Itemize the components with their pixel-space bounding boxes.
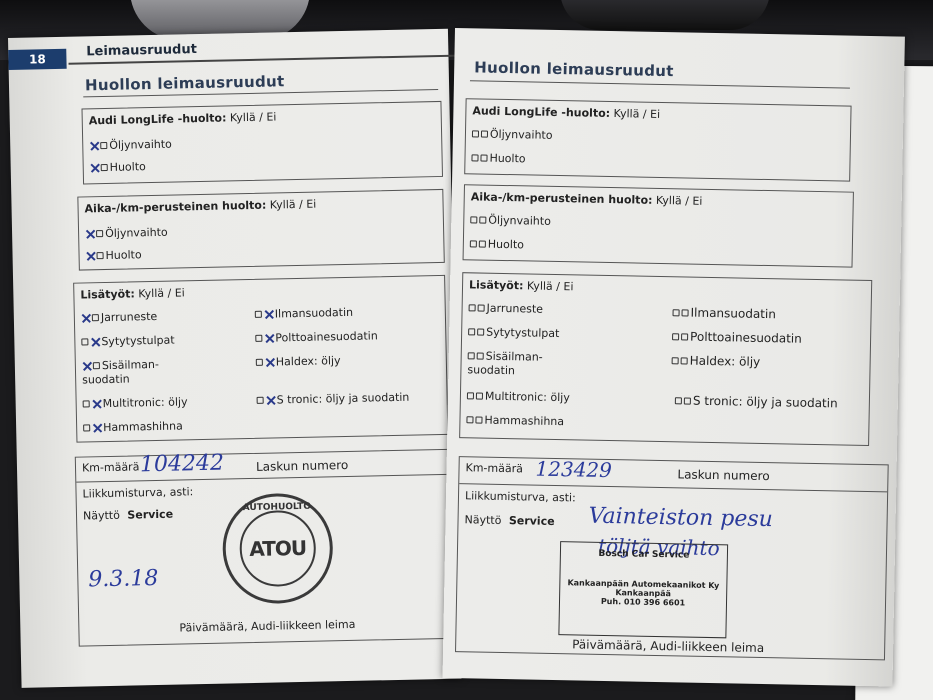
checkbox-no[interactable] xyxy=(100,142,107,149)
checkbox-yes[interactable] xyxy=(466,416,473,423)
extra-s-tronic[interactable]: S tronic: öljy ja suodatin xyxy=(675,393,838,410)
checkbox-no[interactable] xyxy=(93,362,100,369)
check-mark-icon xyxy=(81,313,90,322)
check-mark-icon xyxy=(92,423,101,432)
km-value: 104242 xyxy=(140,451,224,478)
extra-brake-fluid[interactable]: Jarruneste xyxy=(469,301,544,315)
invoice-label: Laskun numero xyxy=(256,458,348,474)
checkbox-yes[interactable] xyxy=(255,311,262,318)
checkbox-no[interactable] xyxy=(477,328,484,335)
checkbox-no[interactable] xyxy=(480,155,487,162)
extra-multitronic-oil[interactable]: Multitronic: öljy xyxy=(467,389,570,404)
checkbox-yes[interactable] xyxy=(672,357,679,364)
checkbox-no[interactable] xyxy=(477,352,484,359)
longlife-box: Audi LongLife -huolto: Kyllä / Ei Öljynv… xyxy=(81,101,443,185)
checkbox-no[interactable] xyxy=(476,392,483,399)
longlife-service[interactable]: Huolto xyxy=(90,160,146,174)
extra-work-box: Lisätyöt: Kyllä / Ei Jarruneste Ilmansuo… xyxy=(73,275,448,443)
check-mark-icon xyxy=(92,399,101,408)
display-service-label: Näyttö Service xyxy=(464,513,554,528)
checkbox-yes[interactable] xyxy=(675,397,682,404)
service-record-box: Km-määrä 104242 Laskun numero Liikkumist… xyxy=(75,449,453,647)
extra-fuel-filter[interactable]: Polttoainesuodatin xyxy=(255,329,378,345)
checkbox-no[interactable] xyxy=(479,217,486,224)
checkbox-yes[interactable] xyxy=(471,154,478,161)
extra-haldex-oil[interactable]: Haldex: öljy xyxy=(256,354,341,369)
autohuolto-stamp: AUTOHUOLTO ATOU xyxy=(222,492,334,604)
extra-multitronic-oil[interactable]: Multitronic: öljy xyxy=(83,395,188,410)
checkbox-no[interactable] xyxy=(101,164,108,171)
extra-cabin-filter[interactable]: Sisäilman- xyxy=(82,358,159,373)
time-km-service[interactable]: Huolto xyxy=(85,248,141,262)
left-page: 18 Leimausruudut Huollon leimausruudut A… xyxy=(8,29,462,688)
page-title: Huollon leimausruudut xyxy=(85,72,285,94)
page-number: 18 xyxy=(8,49,66,70)
check-mark-icon xyxy=(85,229,94,238)
time-km-label: Aika-/km-perusteinen huolto: Kyllä / Ei xyxy=(84,198,316,216)
car-dashboard-shape xyxy=(560,0,770,30)
service-record-box: Km-määrä 123429 Laskun numero Liikkumist… xyxy=(455,456,889,660)
check-mark-icon xyxy=(82,361,91,370)
check-mark-icon xyxy=(85,251,94,260)
bosch-stamp: Bosch Car Service Kankaanpään Automekaan… xyxy=(558,541,728,638)
checkbox-yes[interactable] xyxy=(470,240,477,247)
checkbox-yes[interactable] xyxy=(257,397,264,404)
invoice-label: Laskun numero xyxy=(677,467,769,483)
extra-air-filter[interactable]: Ilmansuodatin xyxy=(672,305,776,321)
checkbox-yes[interactable] xyxy=(83,424,90,431)
date-stamp-footer: Päivämäärä, Audi-liikkeen leima xyxy=(179,618,355,635)
time-km-label: Aika-/km-perusteinen huolto: Kyllä / Ei xyxy=(471,190,703,207)
time-km-oil-change[interactable]: Öljynvaihto xyxy=(85,226,168,241)
longlife-oil-change[interactable]: Öljynvaihto xyxy=(472,127,553,142)
checkbox-yes[interactable] xyxy=(469,304,476,311)
handwritten-date: 9.3.18 xyxy=(88,566,158,592)
km-value: 123429 xyxy=(535,457,612,482)
check-mark-icon xyxy=(90,337,99,346)
extra-cabin-filter[interactable]: Sisäilman- xyxy=(468,349,543,363)
extra-cabin-filter-line2: suodatin xyxy=(82,373,130,387)
mobility-label: Liikkumisturva, asti: xyxy=(82,485,193,500)
time-km-box: Aika-/km-perusteinen huolto: Kyllä / Ei … xyxy=(463,184,854,267)
title-underline xyxy=(470,80,850,88)
checkbox-yes[interactable] xyxy=(256,359,263,366)
date-stamp-footer: Päivämäärä, Audi-liikkeen leima xyxy=(572,637,764,655)
checkbox-no[interactable] xyxy=(479,240,486,247)
extra-air-filter[interactable]: Ilmansuodatin xyxy=(255,306,353,321)
checkbox-no[interactable] xyxy=(681,333,688,340)
checkbox-yes[interactable] xyxy=(467,392,474,399)
checkbox-yes[interactable] xyxy=(470,216,477,223)
checkbox-no[interactable] xyxy=(97,252,104,259)
checkbox-no[interactable] xyxy=(92,314,99,321)
check-mark-icon xyxy=(264,334,273,343)
longlife-service[interactable]: Huolto xyxy=(471,151,525,165)
extra-work-label: Lisätyöt: Kyllä / Ei xyxy=(469,278,574,293)
row-divider xyxy=(76,474,448,483)
extra-spark-plugs[interactable]: Sytytystulpat xyxy=(81,334,175,349)
checkbox-no[interactable] xyxy=(478,304,485,311)
checkbox-yes[interactable] xyxy=(672,333,679,340)
longlife-label: Audi LongLife -huolto: Kyllä / Ei xyxy=(472,104,660,121)
extra-work-label: Lisätyöt: Kyllä / Ei xyxy=(80,286,185,301)
checkbox-yes[interactable] xyxy=(468,328,475,335)
checkbox-no[interactable] xyxy=(682,309,689,316)
longlife-oil-change[interactable]: Öljynvaihto xyxy=(89,138,172,153)
checkbox-yes[interactable] xyxy=(673,309,680,316)
checkbox-no[interactable] xyxy=(681,357,688,364)
mobility-label: Liikkumisturva, asti: xyxy=(465,489,576,504)
extra-cabin-filter-line2: suodatin xyxy=(467,363,515,377)
longlife-label: Audi LongLife -huolto: Kyllä / Ei xyxy=(89,110,277,127)
checkbox-yes[interactable] xyxy=(472,130,479,137)
right-page: Huollon leimausruudut Audi LongLife -huo… xyxy=(443,28,905,687)
check-mark-icon xyxy=(264,310,273,319)
km-label: Km-määrä xyxy=(82,460,140,474)
extra-s-tronic[interactable]: S tronic: öljy ja suodatin xyxy=(257,391,410,407)
checkbox-no[interactable] xyxy=(481,131,488,138)
display-service-label: Näyttö Service xyxy=(83,508,173,523)
handwritten-note-1: Vainteiston pesu xyxy=(588,504,773,533)
time-km-oil-change[interactable]: Öljynvaihto xyxy=(470,213,551,228)
checkbox-no[interactable] xyxy=(684,397,691,404)
checkbox-yes[interactable] xyxy=(81,338,88,345)
time-km-box: Aika-/km-perusteinen huolto: Kyllä / Ei … xyxy=(77,189,444,271)
checkbox-yes[interactable] xyxy=(468,352,475,359)
checkbox-no[interactable] xyxy=(96,230,103,237)
check-mark-icon xyxy=(90,163,99,172)
extra-haldex-oil[interactable]: Haldex: öljy xyxy=(672,353,761,369)
extra-timing-belt[interactable]: Hammashihna xyxy=(466,413,564,428)
checkbox-no[interactable] xyxy=(475,416,482,423)
checkbox-yes[interactable] xyxy=(83,400,90,407)
extra-brake-fluid[interactable]: Jarruneste xyxy=(81,310,158,325)
extra-work-box: Lisätyöt: Kyllä / Ei Jarruneste Ilmansuo… xyxy=(459,272,872,446)
extra-timing-belt[interactable]: Hammashihna xyxy=(83,419,183,434)
checkbox-yes[interactable] xyxy=(255,335,262,342)
check-mark-icon xyxy=(266,395,275,404)
km-label: Km-määrä xyxy=(465,461,523,475)
longlife-box: Audi LongLife -huolto: Kyllä / Ei Öljynv… xyxy=(464,98,851,181)
extra-fuel-filter[interactable]: Polttoainesuodatin xyxy=(672,329,802,345)
check-mark-icon xyxy=(265,358,274,367)
time-km-service[interactable]: Huolto xyxy=(470,237,524,251)
extra-spark-plugs[interactable]: Sytytystulpat xyxy=(468,325,559,340)
page-title: Huollon leimausruudut xyxy=(474,58,674,80)
check-mark-icon xyxy=(89,141,98,150)
section-header: Leimausruudut xyxy=(86,42,197,59)
